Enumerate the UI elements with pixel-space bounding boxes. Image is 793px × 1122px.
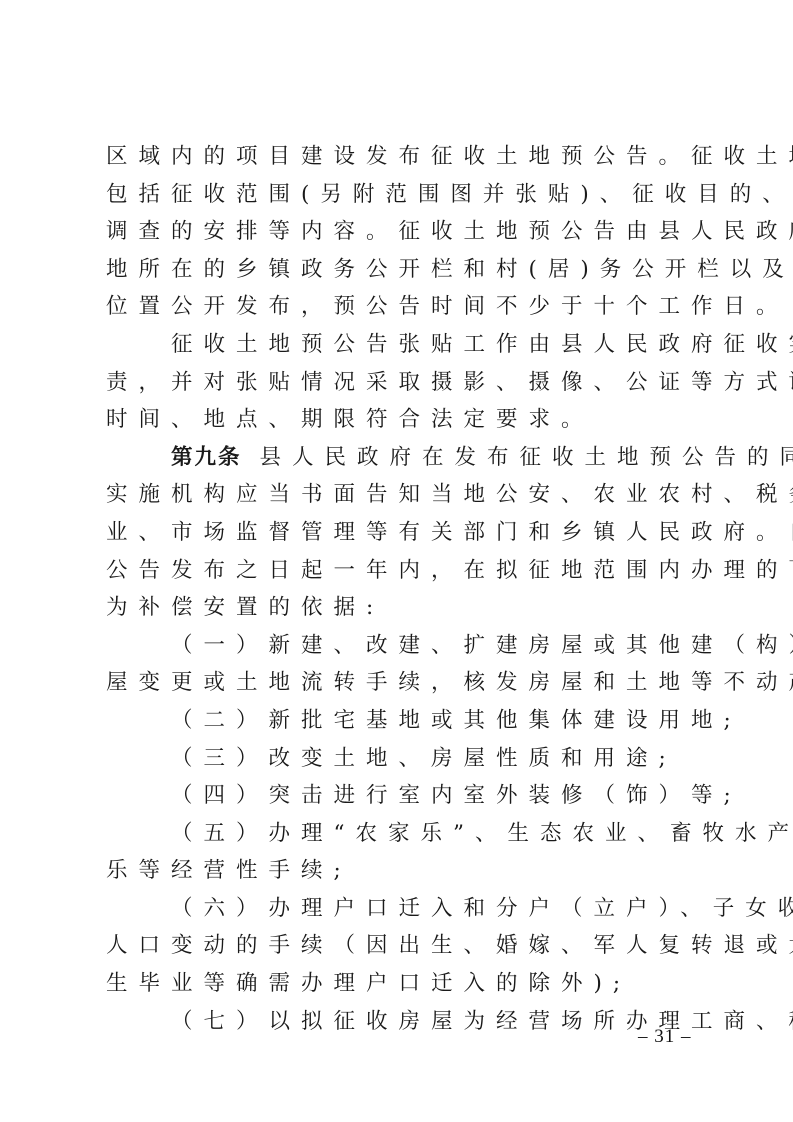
text-line: （七）以拟征收房屋为经营场所办理工商、税务或其他注	[106, 1003, 694, 1041]
text-line: 区域内的项目建设发布征收土地预公告。征收土地预公告应当	[106, 138, 694, 176]
article-nine: 第九条县人民政府在发布征收土地预公告的同时，征收 实施机构应当书面告知当地公安、…	[106, 439, 694, 627]
article-text: 县人民政府在发布征收土地预公告的同时，征收	[260, 445, 793, 470]
text-line: 生毕业等确需办理户口迁入的除外);	[106, 965, 694, 1003]
text-line: （五）办理“农家乐”、生态农业、畜牧水产养殖、休闲娱	[106, 815, 694, 853]
list-item-4: （四）突击进行室内室外装修（饰）等;	[106, 777, 694, 815]
paragraph-preannouncement-scope: 区域内的项目建设发布征收土地预公告。征收土地预公告应当 包括征收范围(另附范围图…	[106, 138, 694, 326]
document-body: 区域内的项目建设发布征收土地预公告。征收土地预公告应当 包括征收范围(另附范围图…	[106, 138, 694, 1040]
text-line: 屋变更或土地流转手续，核发房屋和土地等不动产权属证书;	[106, 664, 694, 702]
text-line: 时间、地点、期限符合法定要求。	[106, 401, 694, 439]
text-line: 为补偿安置的依据:	[106, 589, 694, 627]
list-item-7: （七）以拟征收房屋为经营场所办理工商、税务或其他注	[106, 1003, 694, 1041]
text-line: 实施机构应当书面告知当地公安、农业农村、税务、民政、林	[106, 476, 694, 514]
list-item-5: （五）办理“农家乐”、生态农业、畜牧水产养殖、休闲娱 乐等经营性手续;	[106, 815, 694, 890]
text-line: 第九条县人民政府在发布征收土地预公告的同时，征收	[106, 439, 694, 477]
list-item-2: （二）新批宅基地或其他集体建设用地;	[106, 702, 694, 740]
text-line: 调查的安排等内容。征收土地预公告由县人民政府在拟征收土	[106, 213, 694, 251]
page-number: – 31 –	[638, 1026, 692, 1048]
text-line: 征收土地预公告张贴工作由县人民政府征收实施机构负	[106, 326, 694, 364]
text-line: 包括征收范围(另附范围图并张贴)、征收目的、开展土地现状	[106, 176, 694, 214]
text-line: （一）新建、改建、扩建房屋或其他建（构）筑物，办理房	[106, 627, 694, 665]
text-line: 业、市场监督管理等有关部门和乡镇人民政府。自征收土地预	[106, 514, 694, 552]
text-line: （四）突击进行室内室外装修（饰）等;	[106, 777, 694, 815]
text-line: 位置公开发布，预公告时间不少于十个工作日。	[106, 288, 694, 326]
text-line: 乐等经营性手续;	[106, 852, 694, 890]
text-line: （二）新批宅基地或其他集体建设用地;	[106, 702, 694, 740]
text-line: 公告发布之日起一年内，在拟征地范围内办理的下列事项不作	[106, 552, 694, 590]
text-line: 人口变动的手续（因出生、婚嫁、军人复转退或大中专院校学	[106, 927, 694, 965]
text-line: （六）办理户口迁入和分户（立户）、子女收养等涉及户籍、	[106, 890, 694, 928]
text-line: 责，并对张贴情况采取摄影、摄像、公证等方式证明公告内容、	[106, 364, 694, 402]
list-item-3: （三）改变土地、房屋性质和用途;	[106, 740, 694, 778]
list-item-1: （一）新建、改建、扩建房屋或其他建（构）筑物，办理房 屋变更或土地流转手续，核发…	[106, 627, 694, 702]
article-number-label: 第九条	[171, 445, 242, 470]
text-line: （三）改变土地、房屋性质和用途;	[106, 740, 694, 778]
text-line: 地所在的乡镇政务公开栏和村(居)务公开栏以及村民小组显著	[106, 251, 694, 289]
paragraph-posting-responsibility: 征收土地预公告张贴工作由县人民政府征收实施机构负 责，并对张贴情况采取摄影、摄像…	[106, 326, 694, 439]
list-item-6: （六）办理户口迁入和分户（立户）、子女收养等涉及户籍、 人口变动的手续（因出生、…	[106, 890, 694, 1003]
